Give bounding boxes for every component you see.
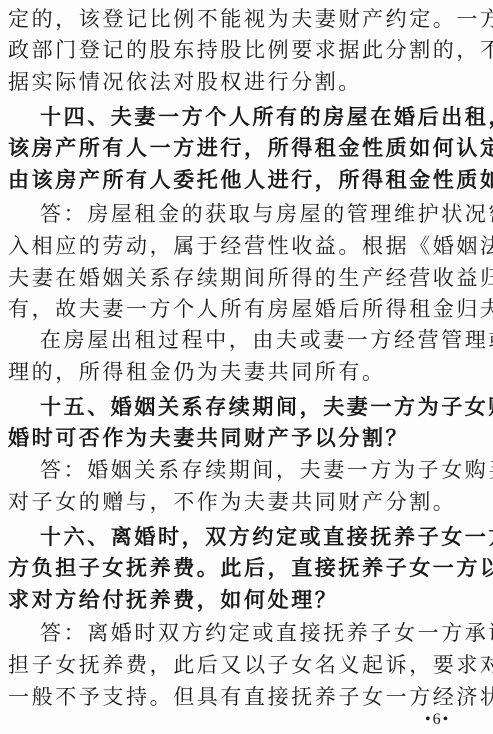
text-line: 对子女的赠与，不作为夫妻共同财产分割。 bbox=[8, 490, 488, 514]
answer-16: 答：离婚时双方约定或直接抚养子女一方承诺不要求另一方负 bbox=[40, 621, 488, 645]
document-page: 定的，该登记比例不能视为夫妻财产约定。一方当事人仅凭工商行 政部门登记的股东持股… bbox=[0, 0, 493, 734]
question-heading-14: 十四、夫妻一方个人所有的房屋在婚后出租，相关经营管理由 bbox=[40, 105, 488, 129]
text-line: 据实际情况依法对股权进行分割。 bbox=[8, 70, 488, 94]
page-number: •6• bbox=[425, 710, 450, 730]
question-heading-16-cont: 求对方给付抚养费，如何处理？ bbox=[8, 588, 488, 612]
answer-14: 答：房屋租金的获取与房屋的管理维护状况密切相关，需要投 bbox=[40, 202, 488, 226]
question-heading-16-cont: 方负担子女抚养费。此后，直接抚养子女一方以子女名义起诉，要 bbox=[8, 556, 488, 580]
question-heading-15: 十五、婚姻关系存续期间，夫妻一方为子女购买的保险，在离 bbox=[40, 395, 488, 419]
question-heading-16: 十六、离婚时，双方约定或直接抚养子女一方承诺不要求另一 bbox=[40, 525, 488, 549]
text-line: 担子女抚养费，此后又以子女名义起诉，要求对方给付抚养费的， bbox=[8, 653, 488, 677]
text-line: 理的，所得租金仍为夫妻共同所有。 bbox=[8, 360, 488, 384]
question-heading-15-cont: 婚时可否作为夫妻共同财产予以分割？ bbox=[8, 426, 488, 450]
text-line: 政部门登记的股东持股比例要求据此分割的，不予支持。法院应根 bbox=[8, 38, 488, 62]
answer-15: 答：婚姻关系存续期间，夫妻一方为子女购买的保险视为双方 bbox=[40, 458, 488, 482]
text-line: 夫妻在婚姻关系存续期间所得的生产经营收益归夫妻双方共同所 bbox=[8, 266, 488, 290]
question-heading-14-cont: 由该房产所有人委托他人进行，所得租金性质如何认定？ bbox=[8, 168, 488, 192]
text-line: 一般不予支持。但具有直接抚养子女一方经济状况发生不利变化不 bbox=[8, 685, 488, 709]
text-line: 入相应的劳动，属于经营性收益。根据《婚姻法》第十七条的规定， bbox=[8, 234, 488, 258]
text-line: 有，故夫妻一方个人所有房屋婚后所得租金归夫妻共同所有。 bbox=[8, 297, 488, 321]
paragraph: 在房屋出租过程中，由夫或妻一方经营管理或委托他人经营管 bbox=[40, 328, 488, 352]
text-line: 定的，该登记比例不能视为夫妻财产约定。一方当事人仅凭工商行 bbox=[8, 7, 488, 31]
question-heading-14-cont: 该房产所有人一方进行，所得租金性质如何认定？如相关经营管理 bbox=[8, 136, 488, 160]
